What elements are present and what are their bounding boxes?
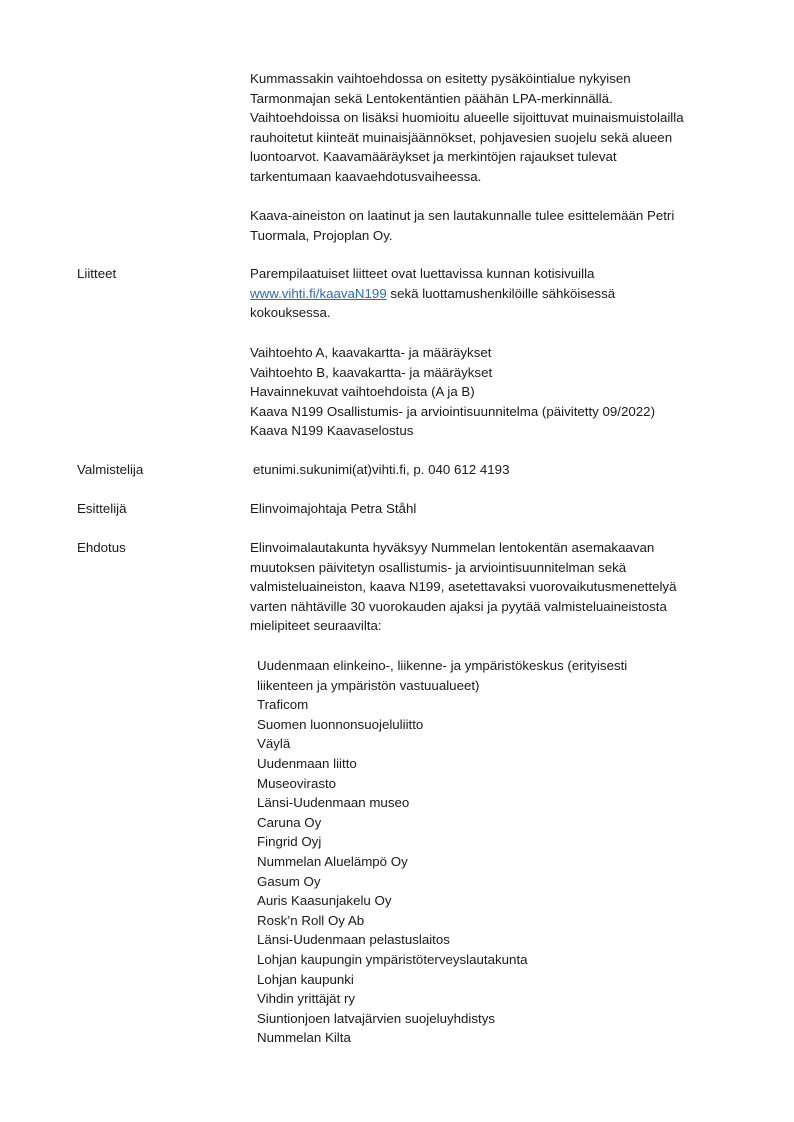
text-line: kokouksessa. <box>250 303 750 323</box>
presenter-label: Esittelijä <box>77 499 127 519</box>
attachment-item: Vaihtoehto A, kaavakartta- ja määräykset <box>250 343 750 363</box>
text-line: luontoarvot. Kaavamääräykset ja merkintö… <box>250 147 750 167</box>
recipient-item: Lohjan kaupungin ympäristöterveyslautaku… <box>257 950 757 970</box>
text-line: muutoksen päivitetyn osallistumis- ja ar… <box>250 558 750 578</box>
recipient-item: Länsi-Uudenmaan pelastuslaitos <box>257 930 757 950</box>
preparer-label: Valmistelija <box>77 460 143 480</box>
intro-paragraph-1: Kummassakin vaihtoehdossa on esitetty py… <box>250 69 750 187</box>
attachments-label: Liitteet <box>77 264 116 284</box>
proposal-text: Elinvoimalautakunta hyväksyy Nummelan le… <box>250 538 750 636</box>
text-line: Elinvoimalautakunta hyväksyy Nummelan le… <box>250 538 750 558</box>
recipient-item: Caruna Oy <box>257 813 757 833</box>
text-line: Tuormala, Projoplan Oy. <box>250 226 750 246</box>
recipient-item: Traficom <box>257 695 757 715</box>
attachments-list: Vaihtoehto A, kaavakartta- ja määräykset… <box>250 343 750 441</box>
recipient-item: Lohjan kaupunki <box>257 970 757 990</box>
text-line: Vaihtoehdoissa on lisäksi huomioitu alue… <box>250 108 750 128</box>
proposal-label: Ehdotus <box>77 538 126 558</box>
text-line: www.vihti.fi/kaavaN199 sekä luottamushen… <box>250 284 750 304</box>
text-span: sekä luottamushenkilöille sähköisessä <box>387 286 615 301</box>
recipient-item: Väylä <box>257 734 757 754</box>
recipient-item: Uudenmaan liitto <box>257 754 757 774</box>
attachment-item: Kaava N199 Osallistumis- ja arviointisuu… <box>250 402 750 422</box>
text-line: Kummassakin vaihtoehdossa on esitetty py… <box>250 69 750 89</box>
text-line: Tarmonmajan sekä Lentokentäntien päähän … <box>250 89 750 109</box>
attachment-item: Vaihtoehto B, kaavakartta- ja määräykset <box>250 363 750 383</box>
recipient-item: Gasum Oy <box>257 872 757 892</box>
recipient-item: Nummelan Kilta <box>257 1028 757 1048</box>
text-line: varten nähtäville 30 vuorokauden ajaksi … <box>250 597 750 617</box>
attachments-note: Parempilaatuiset liitteet ovat luettavis… <box>250 264 750 323</box>
attachment-item: Havainnekuvat vaihtoehdoista (A ja B) <box>250 382 750 402</box>
recipient-item: Fingrid Oyj <box>257 832 757 852</box>
text-line: Parempilaatuiset liitteet ovat luettavis… <box>250 264 750 284</box>
recipient-item: liikenteen ja ympäristön vastuualueet) <box>257 676 757 696</box>
preparer-value: etunimi.sukunimi(at)vihti.fi, p. 040 612… <box>253 460 509 480</box>
recipient-item: Auris Kaasunjakelu Oy <box>257 891 757 911</box>
intro-paragraph-2: Kaava-aineiston on laatinut ja sen lauta… <box>250 206 750 245</box>
recipient-item: Vihdin yrittäjät ry <box>257 989 757 1009</box>
text-line: rauhoitetut kiinteät muinaisjäännökset, … <box>250 128 750 148</box>
text-line: Kaava-aineiston on laatinut ja sen lauta… <box>250 206 750 226</box>
recipient-item: Museovirasto <box>257 774 757 794</box>
recipient-item: Nummelan Aluelämpö Oy <box>257 852 757 872</box>
text-line: valmisteluaineiston, kaava N199, asetett… <box>250 577 750 597</box>
recipient-item: Uudenmaan elinkeino-, liikenne- ja ympär… <box>257 656 757 676</box>
recipient-item: Suomen luonnonsuojeluliitto <box>257 715 757 735</box>
attachments-link[interactable]: www.vihti.fi/kaavaN199 <box>250 286 387 301</box>
presenter-value: Elinvoimajohtaja Petra Ståhl <box>250 499 416 519</box>
recipients-list: Uudenmaan elinkeino-, liikenne- ja ympär… <box>257 656 757 1048</box>
text-line: mielipiteet seuraavilta: <box>250 616 750 636</box>
recipient-item: Rosk’n Roll Oy Ab <box>257 911 757 931</box>
attachment-item: Kaava N199 Kaavaselostus <box>250 421 750 441</box>
recipient-item: Siuntionjoen latvajärvien suojeluyhdisty… <box>257 1009 757 1029</box>
recipient-item: Länsi-Uudenmaan museo <box>257 793 757 813</box>
text-line: tarkentumaan kaavaehdotusvaiheessa. <box>250 167 750 187</box>
